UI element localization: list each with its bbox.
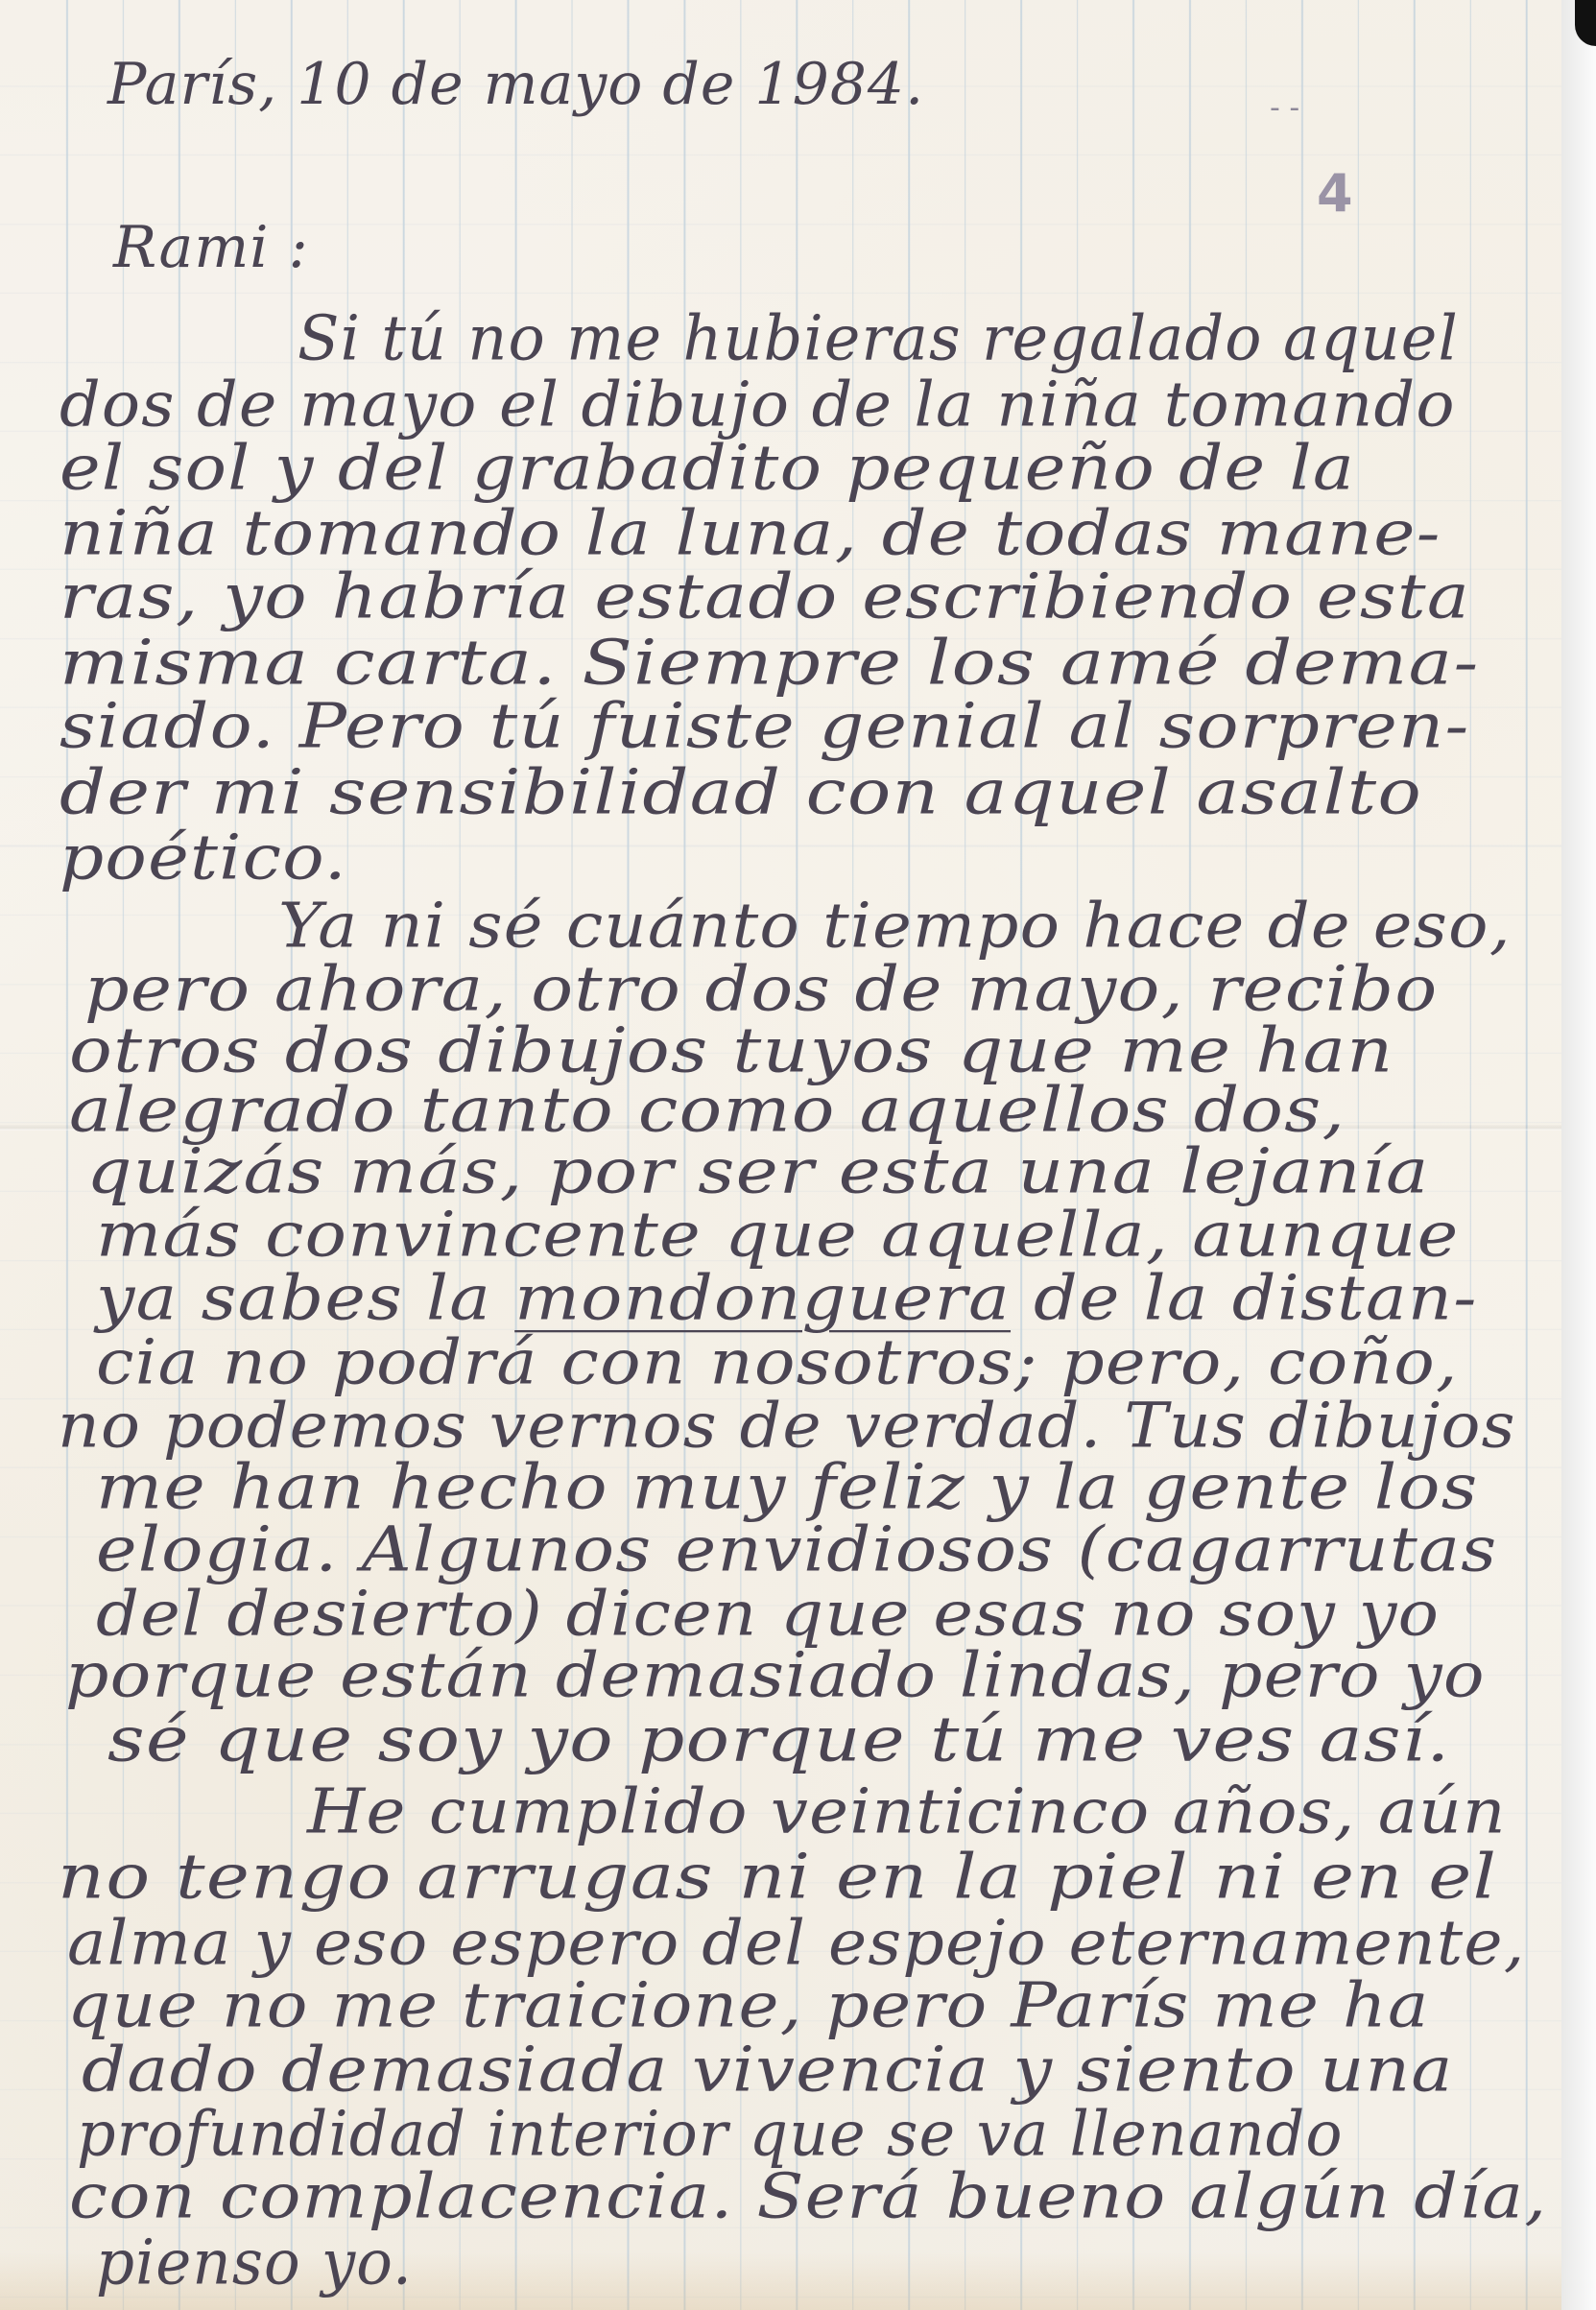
letter-line: Si tú no me hubieras regalado aquel — [298, 309, 1459, 370]
letter-line: que no me traicione, pero París me ha — [67, 1976, 1430, 2037]
letter-line: misma carta. Siempre los amé dema- — [60, 633, 1480, 695]
letter-line: He cumplido veinticinco años, aún — [307, 1781, 1507, 1843]
letter-line: niña tomando la luna, de todas mane- — [60, 503, 1441, 564]
letter-line: porque están demasiado lindas, pero yo — [65, 1646, 1486, 1707]
letter-line: no tengo arrugas ni en la piel ni en el — [58, 1847, 1497, 1909]
letter-line: alegrado tanto como aquellos dos, — [69, 1080, 1346, 1141]
dateline: París, 10 de mayo de 1984. — [107, 56, 924, 113]
letter-line: elogia. Algunos envidiosos (cagarrutas — [96, 1520, 1497, 1582]
letter-line: ya sabes la mondonguera de la distan- — [96, 1269, 1478, 1330]
letter-line: der mi sensibilidad con aquel asalto — [60, 763, 1422, 824]
letter-line: con complacencia. Será bueno algún día, — [69, 2167, 1547, 2228]
corner-marks: - - — [1270, 91, 1299, 125]
letter-line: quizás más, por ser esta una lejanía — [86, 1141, 1430, 1203]
letter-line: alma y eso espero del espejo eternamente… — [67, 1913, 1526, 1974]
letter-line: ras, yo habría estado escribiendo esta — [60, 567, 1470, 629]
letter-line: dado demasiada vivencia y siento una — [82, 2040, 1454, 2102]
letter-line: pero ahora, otro dos de mayo, recibo — [84, 959, 1438, 1020]
letter-line: me han hecho muy feliz y la gente los — [96, 1457, 1478, 1518]
letter-line: más convincente que aquella, aunque — [96, 1204, 1460, 1266]
letter-line: no podemos vernos de verdad. Tus dibujos — [58, 1395, 1516, 1457]
page-number: 4 — [1317, 163, 1353, 224]
letter-line: otros dos dibujos tuyos que me han — [69, 1020, 1394, 1082]
letter-line: pienso yo. — [96, 2233, 413, 2295]
letter-line: poético. — [60, 827, 347, 889]
salutation: Rami : — [113, 219, 309, 276]
letter-line: del desierto) dicen que esas no soy yo — [96, 1584, 1440, 1646]
scan-edge — [1561, 0, 1596, 2310]
letter-line: Ya ni sé cuánto tiempo hace de eso, — [278, 896, 1512, 958]
letter-line: cia no podrá con nosotros; pero, coño, — [96, 1332, 1459, 1393]
letter-line: sé que soy yo porque tú me ves así. — [107, 1709, 1451, 1771]
letter-page: - - 4 París, 10 de mayo de 1984. Rami : … — [0, 0, 1561, 2310]
letter-line: el sol y del grabadito pequeño de la — [60, 439, 1355, 500]
letter-line: dos de mayo el dibujo de la niña tomando — [60, 374, 1456, 436]
underlined-word: mondonguera — [514, 1263, 1011, 1335]
letter-line: profundidad interior que se va llenando — [77, 2104, 1344, 2165]
letter-line: siado. Pero tú fuiste genial al sorpren- — [60, 696, 1470, 757]
